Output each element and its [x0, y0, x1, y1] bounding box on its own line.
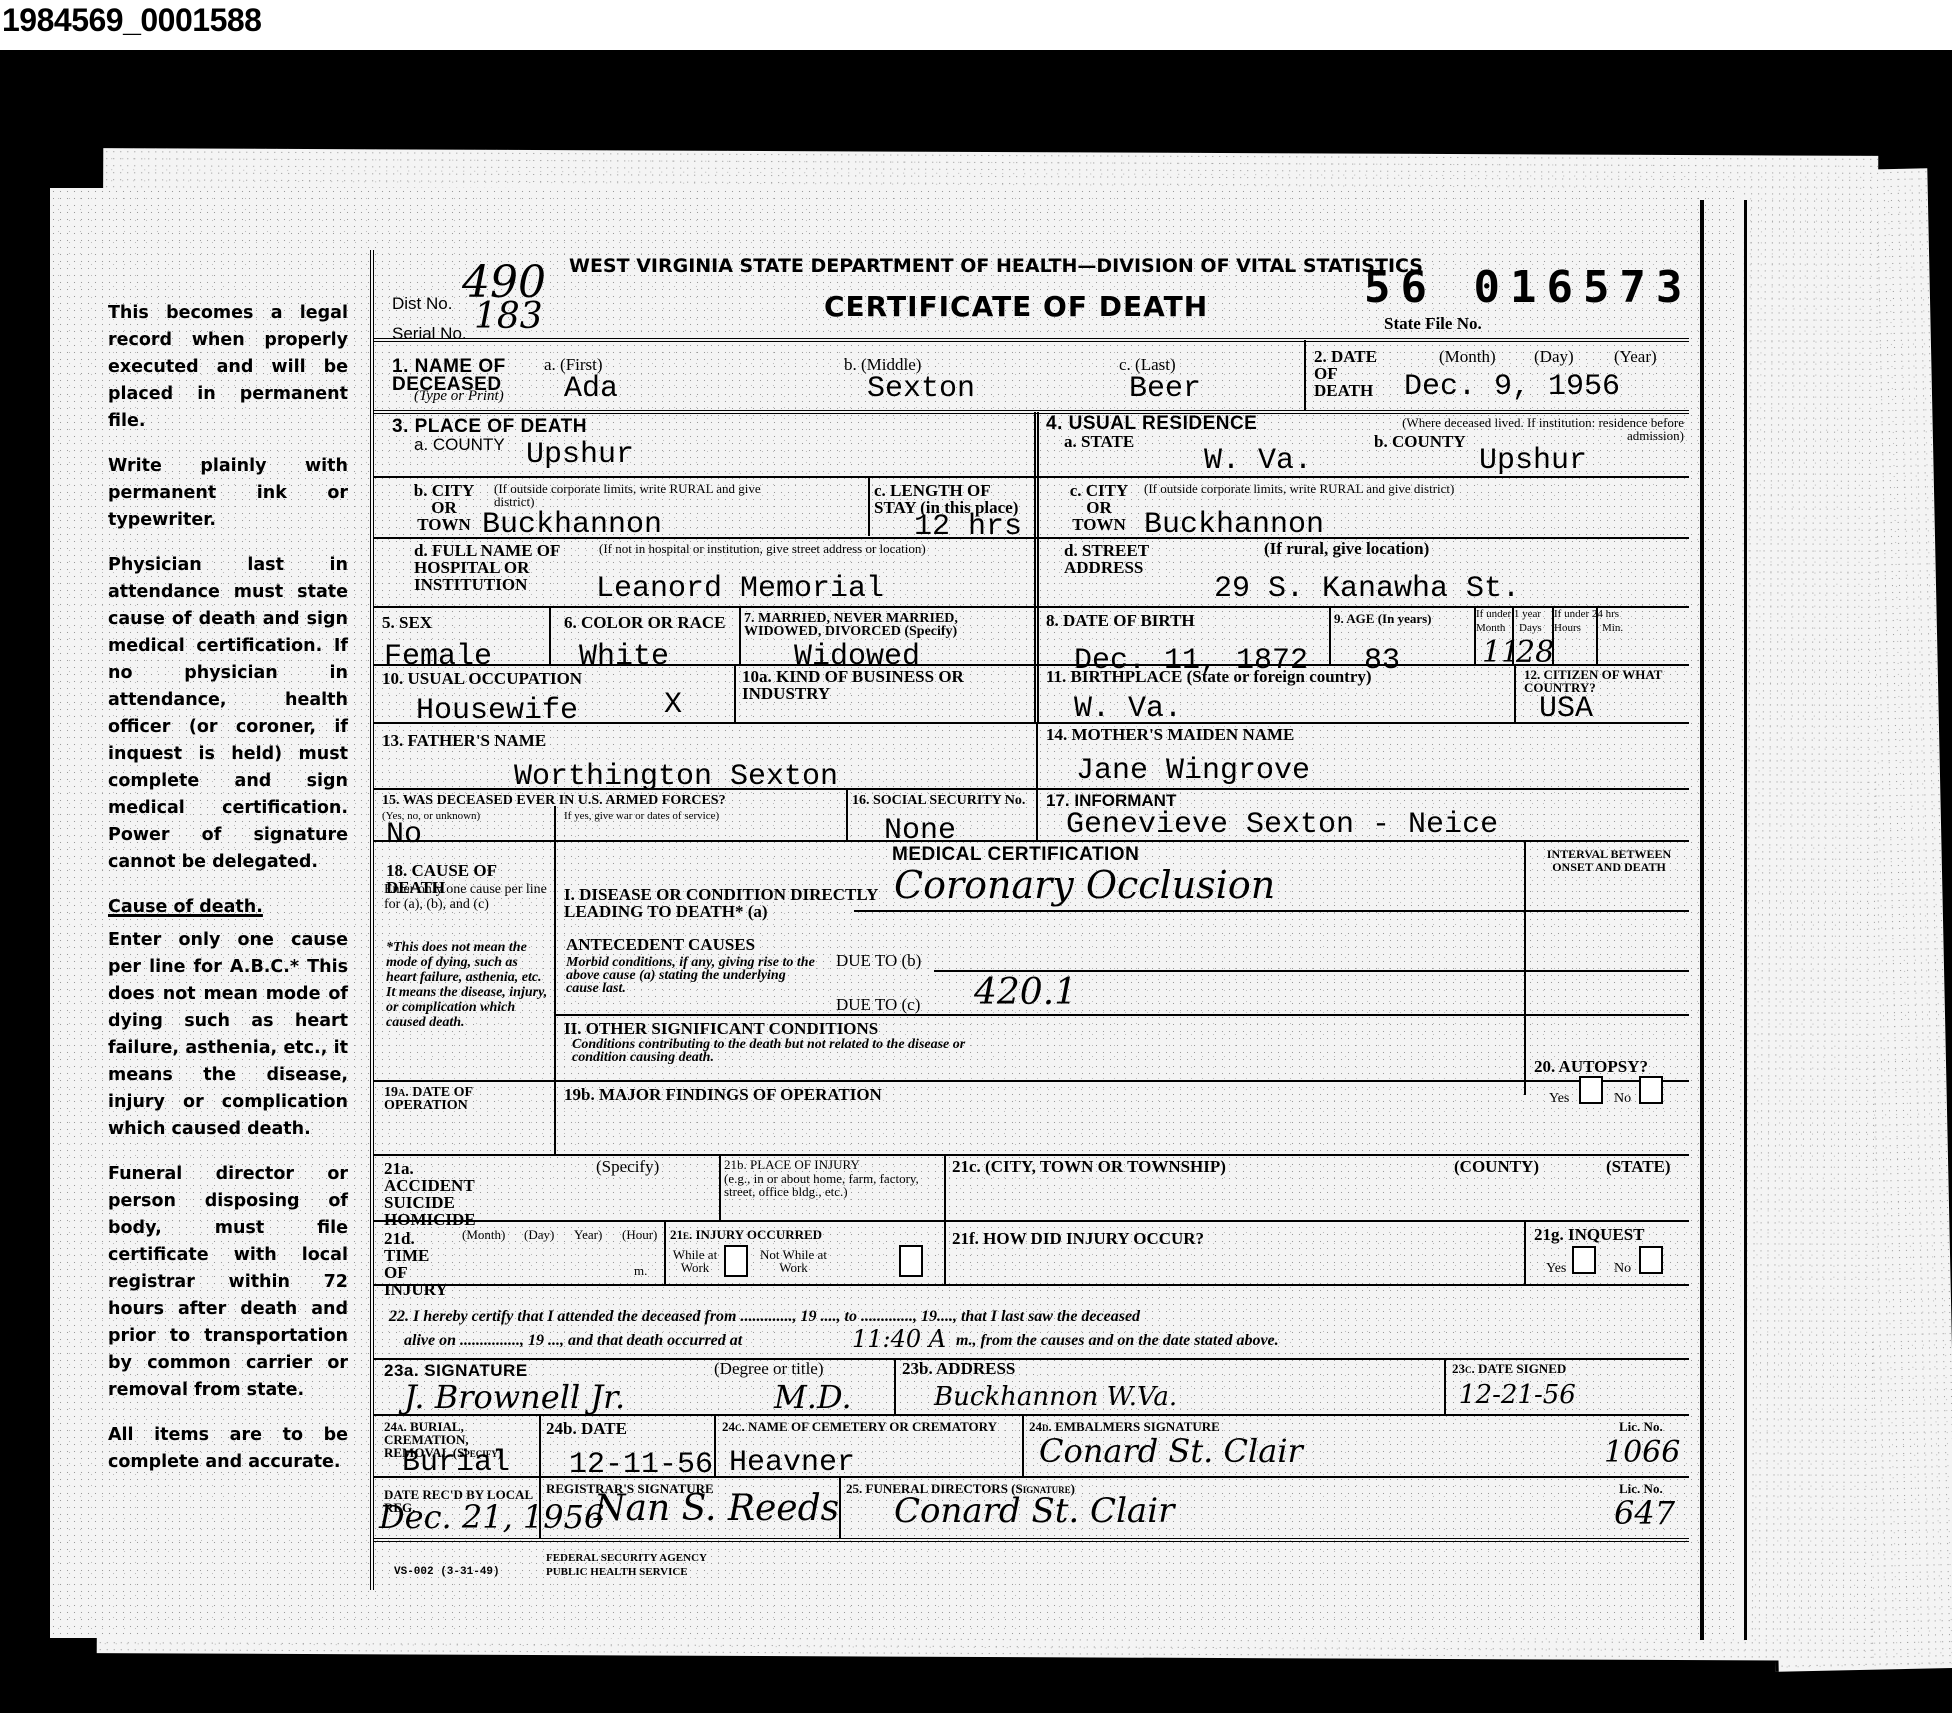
autopsy-yes-checkbox[interactable] — [1579, 1076, 1603, 1104]
state-file-label: State File No. — [1384, 315, 1482, 332]
while-at-work-label: While at Work — [670, 1248, 720, 1274]
physician-signature: J. Brownell Jr. — [404, 1382, 625, 1412]
autopsy-no-label: No — [1614, 1092, 1631, 1105]
physician-address: Buckhannon W.Va. — [934, 1382, 1177, 1412]
divider — [554, 806, 556, 840]
date-signed: 12-21-56 — [1459, 1380, 1576, 1410]
cause-instructions: Enter only one cause per line for (a), (… — [384, 882, 549, 912]
cause-c: 420.1 — [974, 978, 1077, 1008]
instruction-paragraph: This becomes a legal record when properl… — [108, 300, 348, 435]
age-label: 9. AGE (In years) — [1334, 612, 1432, 625]
middle-name: Sexton — [867, 374, 975, 404]
specify-label: (Specify) — [596, 1158, 659, 1175]
date-received: Dec. 21, 1956 — [379, 1502, 604, 1532]
operation-date-label: 19a. DATE OF OPERATION — [384, 1086, 534, 1112]
min-label: Min. — [1602, 622, 1623, 635]
race-label: 6. COLOR OR RACE — [564, 614, 726, 631]
cause-a: Coronary Occlusion — [894, 870, 1275, 900]
inquest-yes-checkbox[interactable] — [1572, 1246, 1596, 1274]
birthplace: W. Va. — [1074, 694, 1182, 724]
state-file-number: 56 016573 — [1364, 262, 1692, 313]
sheet-edge — [1700, 200, 1747, 1640]
father-label: 13. FATHER'S NAME — [382, 732, 546, 749]
certification-alive-on: alive on ..............., 19 ..., and th… — [404, 1334, 742, 1347]
injury-place-note: (e.g., in or about home, farm, factory, … — [724, 1172, 939, 1198]
part-two-note: Conditions contributing to the death but… — [572, 1038, 1012, 1064]
date-of-death: Dec. 9, 1956 — [1404, 372, 1620, 402]
day-label: (Day) — [1534, 348, 1574, 365]
injury-place-label: 21b. PLACE OF INJURY — [724, 1158, 939, 1171]
city-label: b. CITY OR TOWN — [409, 482, 479, 533]
divider — [549, 606, 551, 664]
marital-label: 7. MARRIED, NEVER MARRIED, WIDOWED, DIVO… — [744, 612, 1034, 638]
rule — [374, 1080, 1689, 1082]
instruction-paragraph: Funeral director or person disposing of … — [108, 1161, 348, 1404]
accident-label: 21a. ACCIDENT SUICIDE HOMICIDE — [384, 1160, 504, 1228]
time-col-month: (Month) — [462, 1228, 505, 1241]
footer-agency-1: FEDERAL SECURITY AGENCY — [546, 1552, 707, 1565]
part-two-label: II. OTHER SIGNIFICANT CONDITIONS — [564, 1020, 878, 1037]
under-day-label: If under 24 hrs — [1554, 608, 1634, 621]
embalmer-license: 1066 — [1604, 1438, 1680, 1468]
operation-findings-label: 19b. MAJOR FINDINGS OF OPERATION — [564, 1086, 882, 1103]
medical-certification-heading: MEDICAL CERTIFICATION — [892, 846, 1139, 864]
form-number: VS-002 (3-31-49) — [394, 1566, 500, 1579]
dist-label: Dist No. — [392, 295, 452, 312]
first-name: Ada — [564, 374, 618, 404]
year-label: (Year) — [1614, 348, 1657, 365]
cemetery: Heavner — [729, 1448, 855, 1478]
inquest-no-label: No — [1614, 1262, 1631, 1275]
instructions-sidebar: This becomes a legal record when properl… — [108, 300, 348, 1494]
divider — [719, 1154, 721, 1220]
date-of-death-label: 2. DATE OF DEATH — [1314, 348, 1384, 399]
divider — [1512, 606, 1514, 664]
director-license: 647 — [1614, 1498, 1675, 1528]
registrar-signature: Nan S. Reeds — [594, 1494, 839, 1524]
instruction-paragraph: Physician last in attendance must state … — [108, 552, 348, 876]
middle-label: b. (Middle) — [844, 356, 921, 373]
divider — [664, 1220, 666, 1284]
sex: Female — [384, 642, 492, 672]
rule — [854, 910, 1689, 912]
divider — [1444, 1358, 1446, 1414]
rule — [374, 664, 1689, 666]
injury-occurred-label: 21e. INJURY OCCURRED — [670, 1228, 940, 1241]
instruction-paragraph: Enter only one cause per line for A.B.C.… — [108, 927, 348, 1143]
while-at-work-checkbox[interactable] — [724, 1245, 748, 1277]
res-street-label: d. STREET ADDRESS — [1064, 542, 1164, 576]
certificate-title: CERTIFICATE OF DEATH — [824, 290, 1208, 323]
divider — [839, 1476, 841, 1538]
inquest-no-checkbox[interactable] — [1639, 1246, 1663, 1274]
time-col-hour: (Hour) — [622, 1228, 657, 1241]
physician-degree: M.D. — [774, 1382, 852, 1412]
instruction-paragraph: All items are to be complete and accurat… — [108, 1422, 348, 1476]
divider — [1022, 1414, 1024, 1476]
first-label: a. (First) — [544, 356, 603, 373]
occupation-label: 10. USUAL OCCUPATION — [382, 670, 582, 687]
divider — [894, 1358, 896, 1414]
occupation-mark: X — [664, 690, 682, 720]
res-street-note: (If rural, give location) — [1264, 540, 1429, 557]
informant-label: 17. INFORMANT — [1046, 792, 1176, 809]
rule — [374, 338, 1689, 342]
dob-label: 8. DATE OF BIRTH — [1046, 612, 1195, 629]
res-street: 29 S. Kanawha St. — [1214, 574, 1520, 604]
citizenship: USA — [1539, 694, 1593, 724]
divider — [1304, 340, 1306, 410]
divider — [1034, 412, 1039, 722]
certification-statement: 22. I hereby certify that I attended the… — [389, 1310, 1689, 1323]
time-col-day: (Day) — [524, 1228, 554, 1241]
inquest-label: 21g. INQUEST — [1534, 1226, 1645, 1243]
rule — [374, 840, 1689, 842]
antecedent-note: Morbid conditions, if any, giving rise t… — [566, 956, 816, 995]
autopsy-label: 20. AUTOPSY? — [1534, 1058, 1648, 1075]
race: White — [579, 642, 669, 672]
month-label: (Month) — [1439, 348, 1496, 365]
scan-identifier: 1984569_0001588 — [2, 2, 261, 39]
address-label: 23b. ADDRESS — [902, 1360, 1015, 1377]
months-label: Month — [1476, 622, 1505, 635]
rule — [374, 537, 1034, 539]
citizen-label: 12. CITIZEN OF WHAT COUNTRY? — [1524, 668, 1684, 694]
county-of-death: Upshur — [526, 440, 634, 470]
res-state-label: a. STATE — [1064, 433, 1134, 450]
cause-heading: Cause of death. — [108, 894, 348, 921]
interval-label: INTERVAL BETWEEN ONSET AND DEATH — [1529, 848, 1689, 874]
divider — [846, 788, 848, 840]
how-injury-label: 21f. HOW DID INJURY OCCUR? — [952, 1230, 1204, 1247]
due-to-b-label: DUE TO (b) — [836, 952, 921, 969]
injury-time-label: 21d. TIME OF INJURY — [384, 1230, 454, 1298]
agency-name: WEST VIRGINIA STATE DEPARTMENT OF HEALTH… — [569, 255, 1423, 277]
res-state: W. Va. — [1204, 446, 1312, 476]
informant: Genevieve Sexton - Neice — [1066, 810, 1498, 840]
last-name: Beer — [1129, 374, 1201, 404]
not-while-at-work-checkbox[interactable] — [899, 1245, 923, 1277]
date-signed-label: 23c. DATE SIGNED — [1452, 1362, 1566, 1375]
divider — [1524, 840, 1526, 1095]
divider — [714, 1414, 716, 1476]
sex-label: 5. SEX — [382, 614, 432, 631]
mother-name: Jane Wingrove — [1076, 756, 1310, 786]
scan-header: 1984569_0001588 — [0, 0, 1952, 50]
res-county: Upshur — [1479, 446, 1587, 476]
rule — [374, 788, 1689, 790]
divider — [739, 606, 741, 664]
burial-method: Burial — [402, 1448, 510, 1478]
time-m-label: m. — [634, 1264, 647, 1277]
rule — [1036, 476, 1689, 478]
footer-agency-2: PUBLIC HEALTH SERVICE — [546, 1566, 688, 1579]
rule — [844, 1476, 1689, 1478]
divider — [944, 1154, 946, 1284]
inquest-yes-label: Yes — [1546, 1262, 1566, 1275]
hours-label: Hours — [1554, 622, 1581, 635]
burial-date-label: 24b. DATE — [546, 1420, 627, 1437]
injury-county-label: (COUNTY) — [1454, 1158, 1539, 1175]
res-city-label: c. CITY OR TOWN — [1064, 482, 1134, 533]
res-county-label: b. COUNTY — [1374, 433, 1466, 450]
embalmer-signature: Conard St. Clair — [1039, 1436, 1303, 1466]
autopsy-yes-label: Yes — [1549, 1092, 1569, 1105]
under-year-label: If under 1 year — [1476, 608, 1552, 621]
antecedent-label: ANTECEDENT CAUSES — [566, 936, 755, 953]
rule — [374, 1476, 844, 1478]
instruction-paragraph: Write plainly with permanent ink or type… — [108, 453, 348, 534]
city-of-death: Buckhannon — [482, 510, 662, 540]
armed-forces-service-note: If yes, give war or dates of service) — [564, 810, 719, 823]
divider — [1524, 1220, 1526, 1284]
rule — [374, 1284, 1689, 1286]
last-label: c. (Last) — [1119, 356, 1176, 373]
rule — [554, 1014, 1689, 1016]
divider — [868, 476, 870, 536]
rule — [374, 1414, 1689, 1416]
cemetery-label: 24c. NAME OF CEMETERY OR CREMATORY — [722, 1420, 997, 1433]
place-of-death-label: 3. PLACE OF DEATH — [392, 418, 587, 436]
cause-footnote: *This does not mean the mode of dying, s… — [386, 940, 548, 1030]
divider — [1036, 722, 1038, 840]
armed-forces: No — [386, 820, 422, 850]
injury-location-label: 21c. (CITY, TOWN OR TOWNSHIP) — [952, 1158, 1226, 1175]
ssn-label: 16. SOCIAL SECURITY No. — [852, 794, 1032, 807]
business-label: 10a. KIND OF BUSINESS OR INDUSTRY — [742, 668, 1032, 702]
mother-label: 14. MOTHER'S MAIDEN NAME — [1046, 726, 1294, 743]
not-while-at-work-label: Not While at Work — [756, 1248, 831, 1274]
injury-state-label: (STATE) — [1606, 1158, 1671, 1175]
divider — [734, 664, 736, 722]
birthplace-label: 11. BIRTHPLACE (State or foreign country… — [1046, 668, 1372, 685]
hospital-name: Leanord Memorial — [596, 574, 884, 604]
divider — [554, 1080, 556, 1154]
days-label: Days — [1519, 622, 1542, 635]
hospital-note: (If not in hospital or institution, give… — [599, 542, 1029, 555]
rule — [374, 1538, 1689, 1542]
part-one-label: I. DISEASE OR CONDITION DIRECTLY LEADING… — [564, 886, 884, 920]
death-time: 11:40 A — [852, 1324, 946, 1354]
rule — [374, 410, 1689, 414]
res-city: Buckhannon — [1144, 510, 1324, 540]
serial-number: 183 — [474, 302, 543, 332]
divider — [1514, 664, 1516, 722]
divider — [1329, 606, 1331, 664]
divider — [554, 840, 556, 1080]
rule — [374, 1220, 1689, 1222]
autopsy-no-checkbox[interactable] — [1639, 1076, 1663, 1104]
name-sublabel: (Type or Print) — [414, 390, 504, 403]
hospital-label: d. FULL NAME OF HOSPITAL OR INSTITUTION — [414, 542, 564, 593]
divider — [1596, 606, 1598, 664]
dist-number: 490 — [462, 268, 546, 298]
rule — [374, 722, 1689, 724]
embalmer-lic-label: Lic. No. — [1619, 1420, 1663, 1433]
rule — [374, 476, 1034, 478]
res-city-note: (If outside corporate limits, write RURA… — [1144, 482, 1454, 495]
certificate-form: Dist No. 490 Serial No. 183 WEST VIRGINI… — [370, 250, 1699, 1590]
funeral-director-signature: Conard St. Clair — [894, 1496, 1174, 1526]
residence-label: 4. USUAL RESIDENCE — [1046, 415, 1257, 433]
armed-forces-label: 15. WAS DECEASED EVER IN U.S. ARMED FORC… — [382, 794, 842, 807]
due-to-c-label: DUE TO (c) — [836, 996, 920, 1013]
rule — [374, 1154, 1689, 1156]
certification-tail: m., from the causes and on the date stat… — [956, 1334, 1279, 1347]
time-col-year: Year) — [574, 1228, 602, 1241]
rule — [374, 1358, 1689, 1360]
city-note: (If outside corporate limits, write RURA… — [494, 482, 774, 508]
county-label: a. COUNTY — [414, 436, 505, 453]
degree-label: (Degree or title) — [714, 1360, 824, 1377]
